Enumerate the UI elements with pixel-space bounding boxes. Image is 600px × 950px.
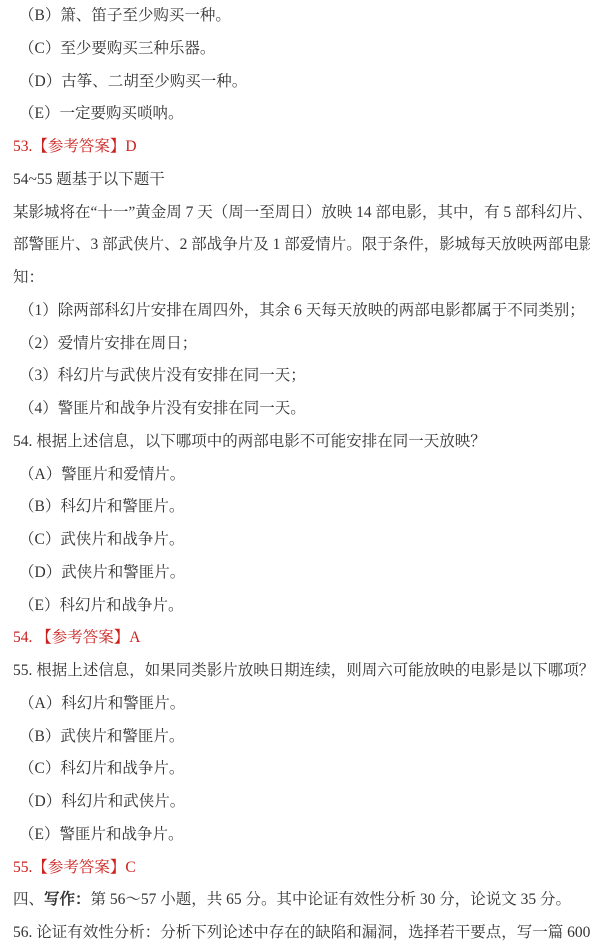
condition-line-text: （4）警匪片和战争片没有安排在同一天。: [19, 400, 306, 417]
document-text-block: （B）箫、笛子至少购买一种。（C）至少要购买三种乐器。（D）古筝、二胡至少购买一…: [13, 0, 590, 950]
condition-line-text: （1）除两部科幻片安排在周四外，其余 6 天每天放映的两部电影都属于不同类别；: [19, 302, 585, 319]
option-line-text: （A）警匪片和爱情片。: [19, 466, 185, 483]
option-line: （A）警匪片和爱情片。: [13, 459, 590, 492]
option-line: （B）箫、笛子至少购买一种。: [13, 0, 590, 33]
option-line-text: （B）科幻片和警匪片。: [19, 498, 184, 515]
option-line-text: （D）武侠片和警匪片。: [19, 564, 185, 581]
section-heading: 四、写作：第 56～57 小题，共 65 分。其中论证有效性分析 30 分，论说…: [13, 884, 590, 917]
section-heading-text: 写作：: [44, 891, 91, 908]
condition-line-text: （2）爱情片安排在周日；: [19, 335, 197, 352]
option-line: （B）科幻片和警匪片。: [13, 491, 590, 524]
option-line: （E）科幻片和战争片。: [13, 590, 590, 623]
option-line-text: （E）一定要购买唢呐。: [19, 105, 183, 122]
question-line-text: 54. 根据上述信息，以下哪项中的两部电影不可能安排在同一天放映？: [13, 433, 486, 450]
option-line: （C）武侠片和战争片。: [13, 524, 590, 557]
option-line-text: （E）警匪片和战争片。: [19, 826, 183, 843]
option-line-text: （D）古筝、二胡至少购买一种。: [19, 73, 247, 90]
option-line: （D）古筝、二胡至少购买一种。: [13, 66, 590, 99]
section-heading-text: 四、: [13, 891, 44, 908]
section-heading-text: 第 56～57 小题，共 65 分。其中论证有效性分析 30 分，论说文 35 …: [91, 891, 572, 908]
condition-line: （4）警匪片和战争片没有安排在同一天。: [13, 393, 590, 426]
option-line-text: （D）科幻片和武侠片。: [19, 793, 185, 810]
condition-line: （1）除两部科幻片安排在周四外，其余 6 天每天放映的两部电影都属于不同类别；: [13, 295, 590, 328]
stem-line: 知：: [13, 262, 590, 295]
condition-line: （3）科幻片与武侠片没有安排在同一天；: [13, 360, 590, 393]
question-line-text: 55. 根据上述信息，如果同类影片放映日期连续，则周六可能放映的电影是以下哪项？: [13, 662, 590, 679]
answer-line-text: 53.【参考答案】D: [13, 138, 137, 155]
answer-line: 53.【参考答案】D: [13, 131, 590, 164]
question-line-text: 56. 论证有效性分析：分析下列论述中存在的缺陷和漏洞，选择若干要点，写一篇 6…: [13, 924, 590, 941]
option-line: （E）一定要购买唢呐。: [13, 98, 590, 131]
stem-line: 部警匪片、3 部武侠片、2 部战争片及 1 部爱情片。限于条件，影城每天放映两部…: [13, 229, 590, 262]
document-page: （B）箫、笛子至少购买一种。（C）至少要购买三种乐器。（D）古筝、二胡至少购买一…: [0, 0, 600, 950]
answer-line-text: 54. 【参考答案】A: [13, 629, 140, 646]
option-line: （C）至少要购买三种乐器。: [13, 33, 590, 66]
stem-line-text: 知：: [13, 269, 44, 286]
option-line: （B）武侠片和警匪片。: [13, 721, 590, 754]
answer-line-text: 55.【参考答案】C: [13, 859, 136, 876]
option-line-text: （E）科幻片和战争片。: [19, 597, 183, 614]
answer-line: 54. 【参考答案】A: [13, 622, 590, 655]
question-line: 56. 论证有效性分析：分析下列论述中存在的缺陷和漏洞，选择若干要点，写一篇 6…: [13, 917, 590, 950]
option-line: （D）武侠片和警匪片。: [13, 557, 590, 590]
question-line: 54. 根据上述信息，以下哪项中的两部电影不可能安排在同一天放映？: [13, 426, 590, 459]
condition-line: （2）爱情片安排在周日；: [13, 328, 590, 361]
option-line-text: （B）武侠片和警匪片。: [19, 728, 184, 745]
stem-intro-line-text: 54~55 题基于以下题干: [13, 171, 165, 188]
condition-line-text: （3）科幻片与武侠片没有安排在同一天；: [19, 367, 306, 384]
option-line: （D）科幻片和武侠片。: [13, 786, 590, 819]
stem-line: 某影城将在“十一”黄金周 7 天（周一至周日）放映 14 部电影，其中，有 5 …: [13, 197, 590, 230]
answer-line: 55.【参考答案】C: [13, 852, 590, 885]
option-line-text: （C）武侠片和战争片。: [19, 531, 184, 548]
stem-intro-line: 54~55 题基于以下题干: [13, 164, 590, 197]
option-line: （E）警匪片和战争片。: [13, 819, 590, 852]
option-line: （A）科幻片和警匪片。: [13, 688, 590, 721]
option-line-text: （A）科幻片和警匪片。: [19, 695, 185, 712]
stem-line-text: 部警匪片、3 部武侠片、2 部战争片及 1 部爱情片。限于条件，影城每天放映两部…: [13, 236, 590, 253]
stem-line-text: 某影城将在“十一”黄金周 7 天（周一至周日）放映 14 部电影，其中，有 5 …: [13, 204, 590, 221]
question-line: 55. 根据上述信息，如果同类影片放映日期连续，则周六可能放映的电影是以下哪项？: [13, 655, 590, 688]
option-line-text: （C）科幻片和战争片。: [19, 760, 184, 777]
option-line-text: （B）箫、笛子至少购买一种。: [19, 7, 231, 24]
option-line: （C）科幻片和战争片。: [13, 753, 590, 786]
option-line-text: （C）至少要购买三种乐器。: [19, 40, 215, 57]
